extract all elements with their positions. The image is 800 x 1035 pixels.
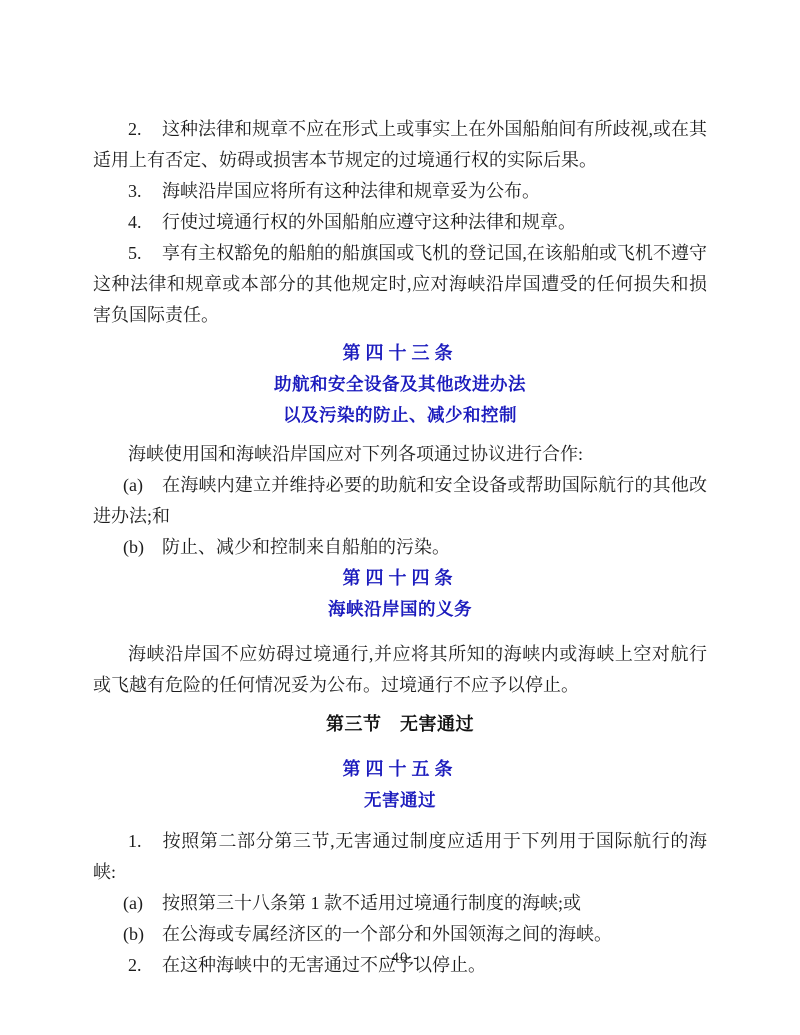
clause-text: 这种法律和规章不应在形式上或事实上在外国船舶间有所歧视,或在其适用上有否定、妨碍… — [93, 119, 707, 170]
paragraph-clause-4: 4.行使过境通行权的外国船舶应遵守这种法律和规章。 — [93, 207, 707, 238]
clause-text: 行使过境通行权的外国船舶应遵守这种法律和规章。 — [162, 212, 576, 232]
item-marker: (b) — [123, 919, 162, 950]
article-43-title-line2: 以及污染的防止、减少和控制 — [93, 400, 707, 431]
item-text: 防止、减少和控制来自船舶的污染。 — [162, 537, 450, 557]
article-44-title: 海峡沿岸国的义务 — [93, 594, 707, 625]
clause-marker: 3. — [128, 176, 162, 207]
article-44-paragraph: 海峡沿岸国不应妨碍过境通行,并应将其所知的海峡内或海峡上空对航行或飞越有危险的任… — [93, 639, 707, 701]
item-marker: (b) — [123, 532, 162, 563]
item-marker: (a) — [123, 470, 162, 501]
article-43-heading: 第四十三条 助航和安全设备及其他改进办法 以及污染的防止、减少和控制 — [93, 338, 707, 431]
paragraph-clause-2: 2.这种法律和规章不应在形式上或事实上在外国船舶间有所歧视,或在其适用上有否定、… — [93, 114, 707, 176]
article-45-item-1: 1.按照第二部分第三节,无害通过制度应适用于下列用于国际航行的海峡: — [93, 826, 707, 888]
document-page: 2.这种法律和规章不应在形式上或事实上在外国船舶间有所歧视,或在其适用上有否定、… — [0, 0, 800, 1035]
item-text: 在公海或专属经济区的一个部分和外国领海之间的海峡。 — [162, 924, 612, 944]
article-44-body: 海峡沿岸国不应妨碍过境通行,并应将其所知的海峡内或海峡上空对航行或飞越有危险的任… — [93, 639, 707, 701]
article-44-number: 第四十四条 — [93, 563, 707, 594]
article-45-title: 无害通过 — [93, 785, 707, 816]
article-43-number: 第四十三条 — [93, 338, 707, 369]
page-number-footer: - 40 - — [0, 949, 800, 967]
article-44-heading: 第四十四条 海峡沿岸国的义务 — [93, 563, 707, 625]
paragraph-clause-5: 5.享有主权豁免的船舶的船旗国或飞机的登记国,在该船舶或飞机不遵守这种法律和规章… — [93, 238, 707, 331]
item-text: 按照第二部分第三节,无害通过制度应适用于下列用于国际航行的海峡: — [93, 831, 707, 882]
item-marker: (a) — [123, 888, 162, 919]
article-45-heading: 第四十五条 无害通过 — [93, 754, 707, 816]
article-43-body: 海峡使用国和海峡沿岸国应对下列各项通过协议进行合作: (a)在海峡内建立并维持必… — [93, 439, 707, 563]
article-43-intro: 海峡使用国和海峡沿岸国应对下列各项通过协议进行合作: — [93, 439, 707, 470]
article-43-item-a: (a)在海峡内建立并维持必要的助航和安全设备或帮助国际航行的其他改进办法;和 — [93, 470, 707, 532]
item-text: 按照第三十八条第 1 款不适用过境通行制度的海峡;或 — [162, 893, 581, 913]
clause-text: 享有主权豁免的船舶的船旗国或飞机的登记国,在该船舶或飞机不遵守这种法律和规章或本… — [93, 243, 707, 325]
item-marker: 1. — [128, 826, 162, 857]
article-43-title-line1: 助航和安全设备及其他改进办法 — [93, 369, 707, 400]
item-text: 在海峡内建立并维持必要的助航和安全设备或帮助国际航行的其他改进办法;和 — [93, 475, 707, 526]
clause-marker: 2. — [128, 114, 162, 145]
clause-marker: 4. — [128, 207, 162, 238]
paragraph-clause-3: 3.海峡沿岸国应将所有这种法律和规章妥为公布。 — [93, 176, 707, 207]
section-3-heading: 第三节 无害通过 — [93, 709, 707, 740]
article-45-item-b: (b)在公海或专属经济区的一个部分和外国领海之间的海峡。 — [93, 919, 707, 950]
clause-text: 海峡沿岸国应将所有这种法律和规章妥为公布。 — [162, 181, 540, 201]
clause-marker: 5. — [128, 238, 162, 269]
article-45-item-a: (a)按照第三十八条第 1 款不适用过境通行制度的海峡;或 — [93, 888, 707, 919]
article-45-number: 第四十五条 — [93, 754, 707, 785]
article-43-item-b: (b)防止、减少和控制来自船舶的污染。 — [93, 532, 707, 563]
